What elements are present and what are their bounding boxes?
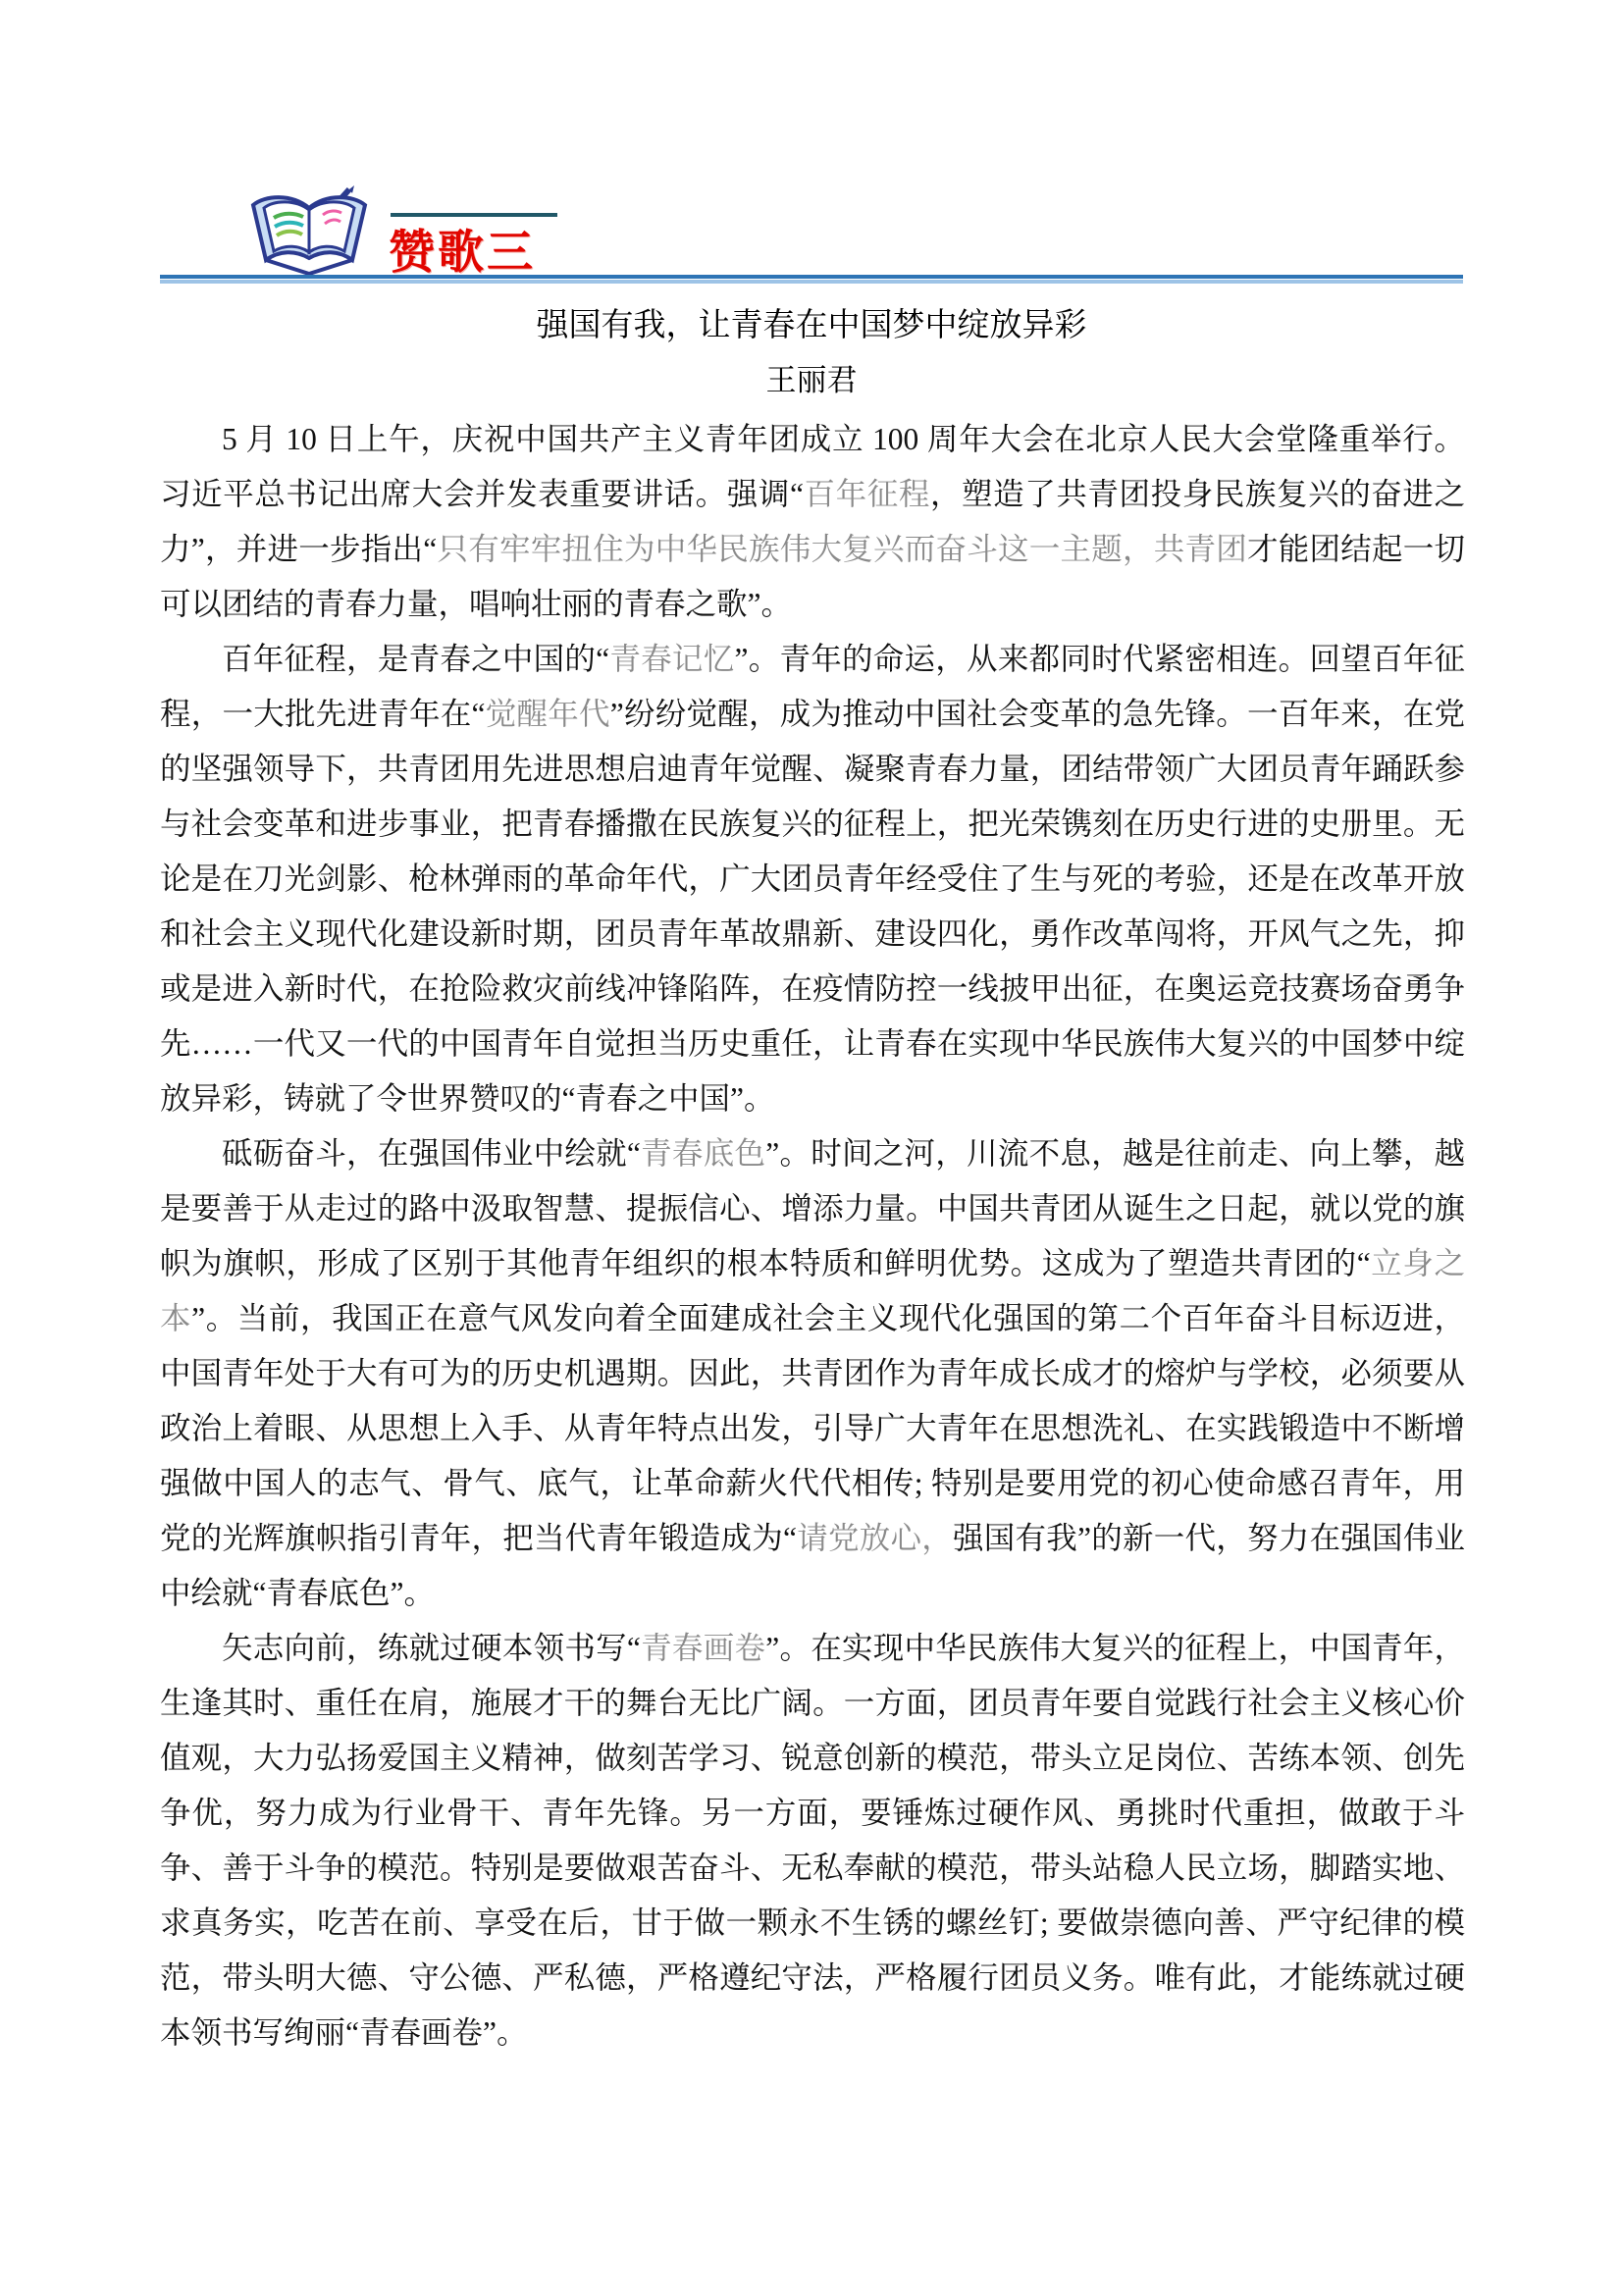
quoted-phrase: 百年征程 [804, 477, 930, 511]
paragraph: 5 月 10 日上午，庆祝中国共产主义青年团成立 100 周年大会在北京人民大会… [160, 412, 1465, 632]
header-top-rule [391, 213, 557, 217]
body-text-run: ”。在实现中华民族伟大复兴的征程上，中国青年，生逢其时、重任在肩，施展才干的舞台… [160, 1631, 1465, 2050]
quoted-phrase: 只有牢牢扭住为中华民族伟大复兴而奋斗这一主题，共青团 [437, 532, 1247, 566]
section-header: 赞歌三 [243, 184, 557, 281]
article-body: 5 月 10 日上午，庆祝中国共产主义青年团成立 100 周年大会在北京人民大会… [160, 412, 1465, 2061]
body-text-run: ”纷纷觉醒，成为推动中国社会变革的急先锋。一百年来，在党的坚强领导下，共青团用先… [160, 697, 1465, 1116]
paragraph: 矢志向前，练就过硬本领书写“青春画卷”。在实现中华民族伟大复兴的征程上，中国青年… [160, 1621, 1465, 2061]
article-author: 王丽君 [160, 355, 1463, 399]
section-label-block: 赞歌三 [389, 213, 557, 281]
article-title: 强国有我，让青春在中国梦中绽放异彩 [160, 299, 1463, 345]
section-label: 赞歌三 [389, 229, 536, 275]
header-bottom-rule-light [160, 280, 1463, 284]
header-bottom-rule-dark [160, 275, 1463, 279]
body-text-run: ”。当前，我国正在意气风发向着全面建成社会主义现代化强国的第二个百年奋斗目标迈进… [160, 1301, 1465, 1555]
open-book-pen-icon [243, 184, 375, 281]
quoted-phrase: 请党放心， [797, 1521, 953, 1555]
document-page: 赞歌三 强国有我，让青春在中国梦中绽放异彩 王丽君 5 月 10 日上午，庆祝中… [0, 0, 1623, 2296]
body-text-run: 百年征程，是青春之中国的“ [222, 642, 609, 676]
paragraph: 百年征程，是青春之中国的“青春记忆”。青年的命运，从来都同时代紧密相连。回望百年… [160, 632, 1465, 1126]
body-text-run: 矢志向前，练就过硬本领书写“ [222, 1631, 641, 1665]
quoted-phrase: 青春记忆 [609, 642, 734, 676]
header-bottom-rule [160, 275, 1463, 284]
paragraph: 砥砺奋斗，在强国伟业中绘就“青春底色”。时间之河，川流不息，越是往前走、向上攀，… [160, 1126, 1465, 1621]
quoted-phrase: 青春画卷 [641, 1631, 765, 1665]
body-text-run: 砥砺奋斗，在强国伟业中绘就“ [222, 1136, 641, 1171]
quoted-phrase: 觉醒年代 [486, 697, 610, 731]
quoted-phrase: 青春底色 [641, 1136, 765, 1171]
